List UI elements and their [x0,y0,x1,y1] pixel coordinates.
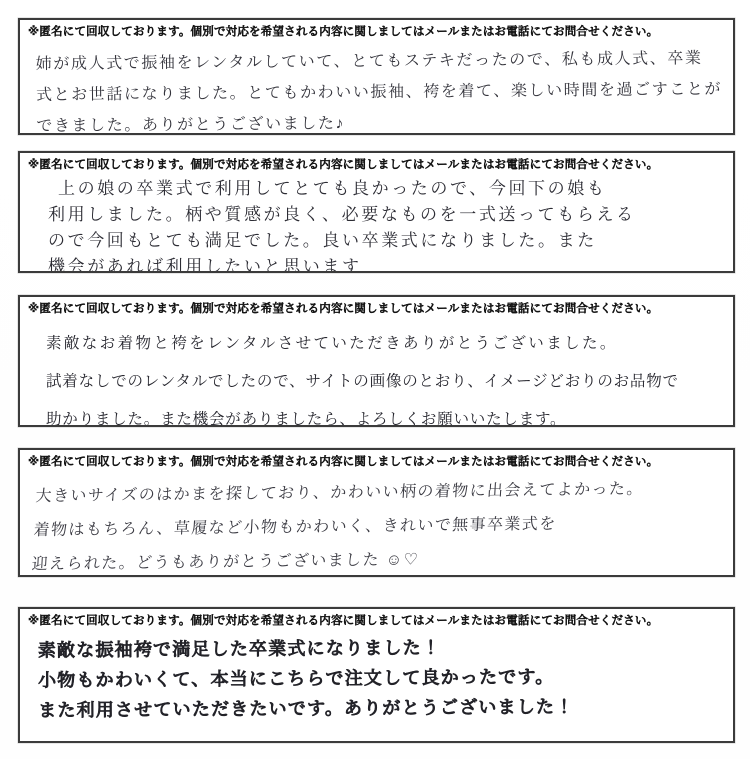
handwritten-line: 素敵な振袖袴で満足した卒業式になりました！ [38,631,727,666]
handwritten-line: 小物もかわいくて、本当にこちらで注文して良かったです。 [38,661,727,696]
review-card: ※匿名にて回収しております。個別で対応を希望される内容に関しましてはメールまたは… [18,607,735,743]
handwritten-review: 素敵な振袖袴で満足した卒業式になりました！ 小物もかわいくて、本当にこちらで注文… [20,627,734,726]
handwritten-review: 大きいサイズのはかまを探しており、かわいい柄の着物に出会えてよかった。 着物はも… [18,466,735,577]
handwritten-line: また利用させていただきたいです。ありがとうございました！ [38,691,727,726]
handwritten-review: 姉が成人式で振袖をレンタルしていて、とてもステキだったので、私も成人式、卒業 式… [20,37,734,135]
review-card: ※匿名にて回収しております。個別で対応を希望される内容に関しましてはメールまたは… [18,295,735,427]
review-card: ※匿名にて回収しております。個別で対応を希望される内容に関しましてはメールまたは… [18,151,735,273]
handwritten-line: 助かりました。また機会がありましたら、よろしくお願いいたします。 [46,401,727,427]
handwritten-review: 素敵なお着物と袴をレンタルさせていただきありがとうございました。 試着なしでのレ… [20,317,733,427]
anonymous-collection-notice: ※匿名にて回収しております。個別で対応を希望される内容に関しましてはメールまたは… [20,609,733,629]
handwritten-review: 上の娘の卒業式で利用してとても良かったので、今回下の娘も 利用しました。柄や質感… [20,173,733,273]
anonymous-collection-notice: ※匿名にて回収しております。個別で対応を希望される内容に関しましてはメールまたは… [20,153,733,173]
handwritten-line: 上の娘の卒業式で利用してとても良かったので、今回下の娘も [48,176,727,202]
handwritten-line: ので今回もとても満足でした。良い卒業式になりました。また [48,228,727,254]
handwritten-line: 利用しました。柄や質感が良く、必要なものを一式送ってもらえる [48,202,727,228]
anonymous-collection-notice: ※匿名にて回収しております。個別で対応を希望される内容に関しましてはメールまたは… [20,297,733,317]
handwritten-line: 機会があれば利用したいと思います [48,254,727,273]
handwritten-line: 素敵なお着物と袴をレンタルさせていただきありがとうございました。 [46,325,727,363]
review-card: ※匿名にて回収しております。個別で対応を希望される内容に関しましてはメールまたは… [18,18,735,135]
handwritten-line: 試着なしでのレンタルでしたので、サイトの画像のとおり、イメージどおりのお品物で [46,363,727,401]
handwritten-line: できました。ありがとうございました♪ [36,105,727,135]
review-card: ※匿名にて回収しております。個別で対応を希望される内容に関しましてはメールまたは… [18,448,735,577]
scanned-reviews-page: ※匿名にて回収しております。個別で対応を希望される内容に関しましてはメールまたは… [0,0,750,759]
handwritten-line: 式とお世話になりました。とてもかわいい振袖、袴を着て、楽しい時間を過ごすことが [36,74,727,111]
